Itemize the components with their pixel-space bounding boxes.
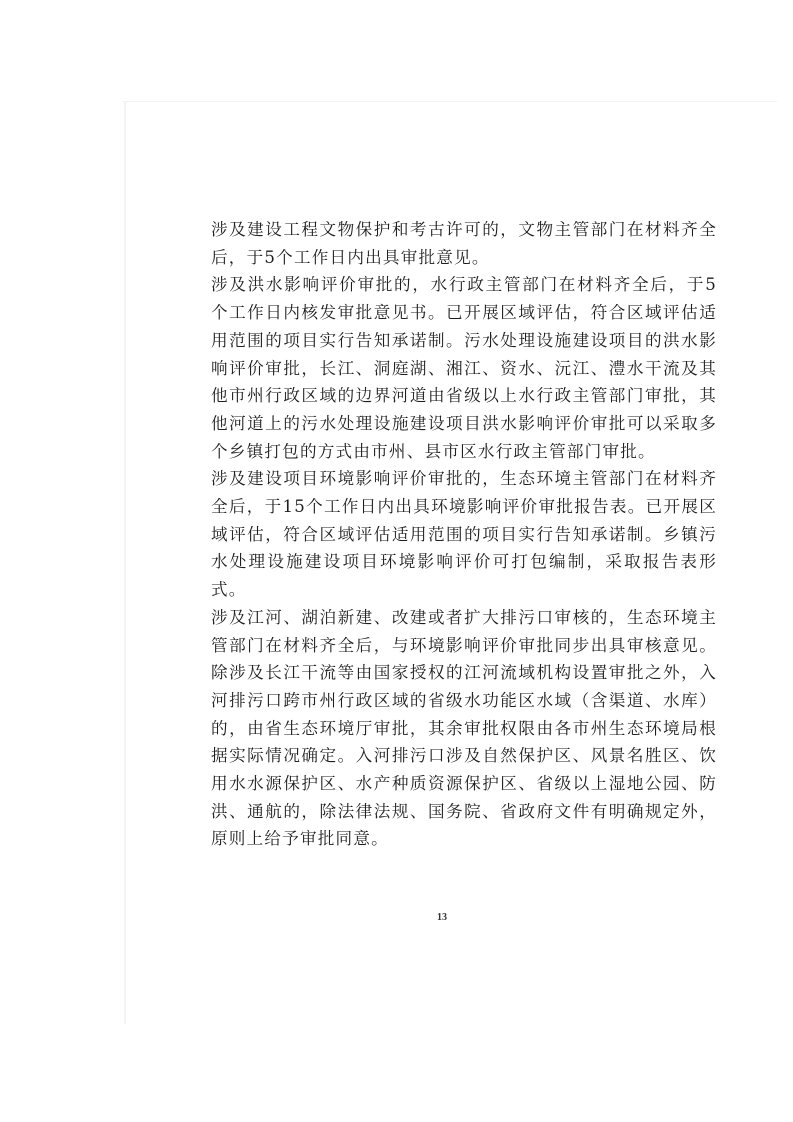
page-number: 13 (437, 912, 447, 923)
page-edge-top (122, 101, 777, 102)
document-body: 涉及建设工程文物保护和考古许可的，文物主管部门在材料齐全后，于5个工作日内出具审… (211, 216, 717, 853)
paragraph-flood-impact: 涉及洪水影响评价审批的，水行政主管部门在材料齐全后，于5个工作日内核发审批意见书… (211, 271, 717, 465)
paragraph-environmental-impact: 涉及建设项目环境影响评价审批的，生态环境主管部门在材料齐全后，于15个工作日内出… (211, 465, 717, 604)
page-edge-left (124, 101, 126, 1024)
paragraph-sewage-outlet: 涉及江河、湖泊新建、改建或者扩大排污口审核的，生态环境主管部门在材料齐全后，与环… (211, 604, 717, 853)
paragraph-cultural-relics: 涉及建设工程文物保护和考古许可的，文物主管部门在材料齐全后，于5个工作日内出具审… (211, 216, 717, 271)
